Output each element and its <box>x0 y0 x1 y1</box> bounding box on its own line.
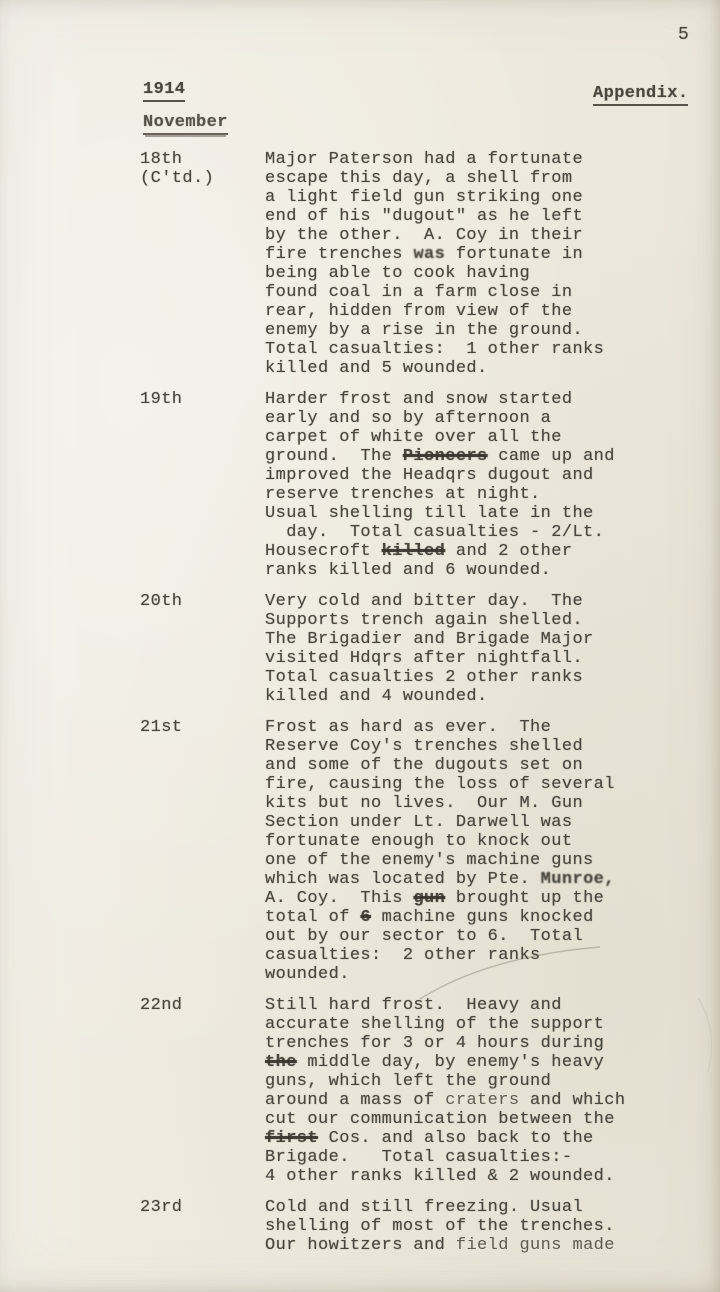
text-segment: out by our sector to 6. Total <box>265 927 583 946</box>
text-segment: carpet of white over all the <box>265 428 562 447</box>
text-segment: 6 <box>360 908 371 927</box>
text-segment: casualties: 2 other ranks <box>265 946 541 965</box>
text-segment: wounded. <box>265 965 350 984</box>
entry-row: 19thHarder frost and snow startedearly a… <box>140 390 700 580</box>
entry-line: Total casualties: 1 other ranks <box>265 340 700 359</box>
text-segment: ranks killed and 6 wounded. <box>265 561 551 580</box>
entry-line: ground. The Pioneers came up and <box>265 447 700 466</box>
entry-line: found coal in a farm close in <box>265 283 700 302</box>
entry-line: fire, causing the loss of several <box>265 775 700 794</box>
text-segment: Pioneers <box>403 447 488 466</box>
text-segment: 4 other ranks killed & 2 wounded. <box>265 1167 615 1186</box>
text-segment: field guns made <box>456 1236 615 1255</box>
entry-date: 21st <box>140 718 265 984</box>
text-segment: total of <box>265 908 360 927</box>
text-segment: reserve trenches at night. <box>265 485 541 504</box>
entry-line: enemy by a rise in the ground. <box>265 321 700 340</box>
entry-line: shelling of most of the trenches. <box>265 1217 700 1236</box>
entry-row: 22ndStill hard frost. Heavy andaccurate … <box>140 996 700 1186</box>
text-segment: guns, which left the ground <box>265 1072 551 1091</box>
entry-line: the middle day, by enemy's heavy <box>265 1053 700 1072</box>
text-segment: and which <box>519 1091 625 1110</box>
date-text: 18th <box>140 150 265 169</box>
entry-line: fortunate enough to knock out <box>265 832 700 851</box>
entry-line: 4 other ranks killed & 2 wounded. <box>265 1167 700 1186</box>
entry-line: guns, which left the ground <box>265 1072 700 1091</box>
entry-line: Total casualties 2 other ranks <box>265 668 700 687</box>
entry-line: Very cold and bitter day. The <box>265 592 700 611</box>
entry-line: escape this day, a shell from <box>265 169 700 188</box>
entry-row: 18th(C'td.)Major Paterson had a fortunat… <box>140 150 700 378</box>
entry-line: and some of the dugouts set on <box>265 756 700 775</box>
entry-line: which was located by Pte. Munroe, <box>265 870 700 889</box>
entry-line: Harder frost and snow started <box>265 390 700 409</box>
entry-line: total of 6 machine guns knocked <box>265 908 700 927</box>
text-segment: first <box>265 1129 318 1148</box>
entry-line: reserve trenches at night. <box>265 485 700 504</box>
entry-line: accurate shelling of the support <box>265 1015 700 1034</box>
text-segment: fire, causing the loss of several <box>265 775 615 794</box>
entry-line: first Cos. and also back to the <box>265 1129 700 1148</box>
year-heading: 1914 <box>143 80 185 102</box>
entry-line: Frost as hard as ever. The <box>265 718 700 737</box>
entry-row: 21stFrost as hard as ever. TheReserve Co… <box>140 718 700 984</box>
month-heading: November <box>143 113 228 135</box>
entry-line: a light field gun striking one <box>265 188 700 207</box>
text-segment: Still hard frost. Heavy and <box>265 996 562 1015</box>
text-segment: improved the Headqrs dugout and <box>265 466 594 485</box>
text-segment: found coal in a farm close in <box>265 283 572 302</box>
entry-body: Still hard frost. Heavy andaccurate shel… <box>265 996 700 1186</box>
text-segment: and 2 other <box>445 542 572 561</box>
entry-line: Cold and still freezing. Usual <box>265 1198 700 1217</box>
entry-date: 23rd <box>140 1198 265 1255</box>
text-segment: Cos. and also back to the <box>318 1129 594 1148</box>
entry-line: killed and 4 wounded. <box>265 687 700 706</box>
entry-line: Major Paterson had a fortunate <box>265 150 700 169</box>
entry-line: end of his "dugout" as he left <box>265 207 700 226</box>
entry-line: kits but no lives. Our M. Gun <box>265 794 700 813</box>
entry-line: wounded. <box>265 965 700 984</box>
entries: 18th(C'td.)Major Paterson had a fortunat… <box>140 150 700 1267</box>
text-segment: ground. The <box>265 447 403 466</box>
text-segment: A. Coy. This <box>265 889 413 908</box>
text-segment: machine guns knocked <box>371 908 594 927</box>
entry-date: 22nd <box>140 996 265 1186</box>
entry-date: 19th <box>140 390 265 580</box>
text-segment: Very cold and bitter day. The <box>265 592 583 611</box>
text-segment: Frost as hard as ever. The <box>265 718 551 737</box>
entry-body: Major Paterson had a fortunateescape thi… <box>265 150 700 378</box>
entry-body: Very cold and bitter day. TheSupports tr… <box>265 592 700 706</box>
text-segment: early and so by afternoon a <box>265 409 551 428</box>
text-segment: fire trenches <box>265 245 413 264</box>
text-segment: shelling of most of the trenches. <box>265 1217 615 1236</box>
entry-row: 23rdCold and still freezing. Usualshelli… <box>140 1198 700 1255</box>
date-text: 22nd <box>140 996 265 1015</box>
entry-line: Housecroft killed and 2 other <box>265 542 700 561</box>
text-segment: Housecroft <box>265 542 382 561</box>
text-segment: end of his "dugout" as he left <box>265 207 583 226</box>
entry-line: Supports trench again shelled. <box>265 611 700 630</box>
document-page: 5 1914 Appendix. November 18th(C'td.)Maj… <box>0 0 720 1292</box>
entry-line: day. Total casualties - 2/Lt. <box>265 523 700 542</box>
entry-line: cut our communication between the <box>265 1110 700 1129</box>
entry-date: 20th <box>140 592 265 706</box>
text-segment: Our howitzers and <box>265 1236 456 1255</box>
entry-line: Reserve Coy's trenches shelled <box>265 737 700 756</box>
text-segment: kits but no lives. Our M. Gun <box>265 794 583 813</box>
entry-line: Brigade. Total casualties:- <box>265 1148 700 1167</box>
text-segment: visited Hdqrs after nightfall. <box>265 649 583 668</box>
entry-line: early and so by afternoon a <box>265 409 700 428</box>
text-segment: craters <box>445 1091 519 1110</box>
text-segment: Total casualties 2 other ranks <box>265 668 583 687</box>
text-segment: and some of the dugouts set on <box>265 756 583 775</box>
text-segment: Harder frost and snow started <box>265 390 572 409</box>
entry-line: Usual shelling till late in the <box>265 504 700 523</box>
entry-line: visited Hdqrs after nightfall. <box>265 649 700 668</box>
text-segment: trenches for 3 or 4 hours during <box>265 1034 604 1053</box>
entry-line: ranks killed and 6 wounded. <box>265 561 700 580</box>
entry-line: trenches for 3 or 4 hours during <box>265 1034 700 1053</box>
entry-line: Still hard frost. Heavy and <box>265 996 700 1015</box>
text-segment: fortunate in <box>445 245 583 264</box>
text-segment: Supports trench again shelled. <box>265 611 583 630</box>
text-segment: by the other. A. Coy in their <box>265 226 583 245</box>
date-text: 19th <box>140 390 265 409</box>
entry-line: improved the Headqrs dugout and <box>265 466 700 485</box>
text-segment: brought up the <box>445 889 604 908</box>
entry-line: by the other. A. Coy in their <box>265 226 700 245</box>
text-segment: one of the enemy's machine guns <box>265 851 594 870</box>
page-number: 5 <box>678 26 689 45</box>
entry-line: being able to cook having <box>265 264 700 283</box>
text-segment: The Brigadier and Brigade Major <box>265 630 594 649</box>
entry-line: carpet of white over all the <box>265 428 700 447</box>
text-segment: rear, hidden from view of the <box>265 302 572 321</box>
entry-line: killed and 5 wounded. <box>265 359 700 378</box>
date-text: 21st <box>140 718 265 737</box>
text-segment: gun <box>413 889 445 908</box>
entry-line: Section under Lt. Darwell was <box>265 813 700 832</box>
date-text: 23rd <box>140 1198 265 1217</box>
entry-body: Harder frost and snow startedearly and s… <box>265 390 700 580</box>
entry-date: 18th(C'td.) <box>140 150 265 378</box>
text-segment: middle day, by enemy's heavy <box>297 1053 604 1072</box>
text-segment: Munroe, <box>541 870 615 889</box>
entry-line: one of the enemy's machine guns <box>265 851 700 870</box>
text-segment: came up and <box>488 447 615 466</box>
appendix-heading: Appendix. <box>593 84 688 106</box>
entry-line: casualties: 2 other ranks <box>265 946 700 965</box>
text-segment: Major Paterson had a fortunate <box>265 150 583 169</box>
entry-line: fire trenches was fortunate in <box>265 245 700 264</box>
text-segment: killed <box>382 542 446 561</box>
date-text: 20th <box>140 592 265 611</box>
entry-line: The Brigadier and Brigade Major <box>265 630 700 649</box>
text-segment: escape this day, a shell from <box>265 169 572 188</box>
entry-body: Cold and still freezing. Usualshelling o… <box>265 1198 700 1255</box>
text-segment: fortunate enough to knock out <box>265 832 572 851</box>
entry-line: A. Coy. This gun brought up the <box>265 889 700 908</box>
entry-row: 20thVery cold and bitter day. TheSupport… <box>140 592 700 706</box>
entry-line: rear, hidden from view of the <box>265 302 700 321</box>
text-segment: a light field gun striking one <box>265 188 583 207</box>
entry-line: around a mass of craters and which <box>265 1091 700 1110</box>
text-segment: cut our communication between the <box>265 1110 615 1129</box>
entry-line: out by our sector to 6. Total <box>265 927 700 946</box>
text-segment: was <box>413 245 445 264</box>
text-segment: accurate shelling of the support <box>265 1015 604 1034</box>
date-text: (C'td.) <box>140 169 265 188</box>
text-segment: Section under Lt. Darwell was <box>265 813 572 832</box>
text-segment: Usual shelling till late in the <box>265 504 594 523</box>
text-segment: Reserve Coy's trenches shelled <box>265 737 583 756</box>
text-segment: being able to cook having <box>265 264 530 283</box>
text-segment: enemy by a rise in the ground. <box>265 321 583 340</box>
text-segment: Brigade. Total casualties:- <box>265 1148 572 1167</box>
text-segment: Cold and still freezing. Usual <box>265 1198 583 1217</box>
text-segment: Total casualties: 1 other ranks <box>265 340 604 359</box>
text-segment: around a mass of <box>265 1091 445 1110</box>
text-segment: the <box>265 1053 297 1072</box>
text-segment: killed and 4 wounded. <box>265 687 488 706</box>
text-segment: day. Total casualties - 2/Lt. <box>265 523 604 542</box>
text-segment: which was located by Pte. <box>265 870 541 889</box>
entry-body: Frost as hard as ever. TheReserve Coy's … <box>265 718 700 984</box>
entry-line: Our howitzers and field guns made <box>265 1236 700 1255</box>
text-segment: killed and 5 wounded. <box>265 359 488 378</box>
